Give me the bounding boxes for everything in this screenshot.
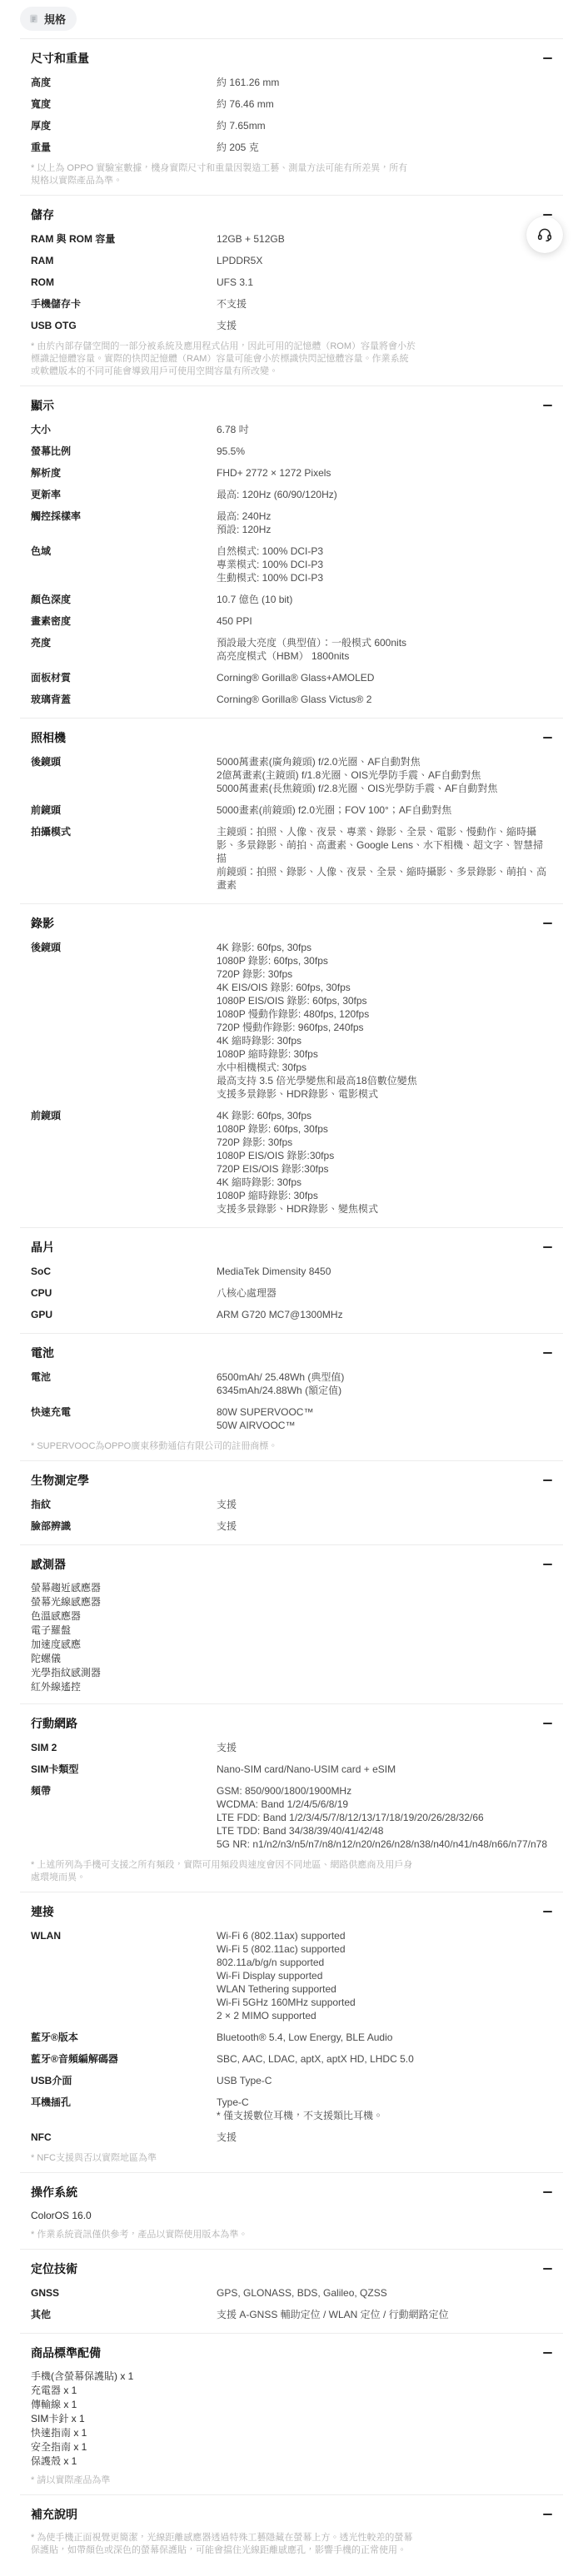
spec-row: 藍牙®音頻編解碼器SBC, AAC, LDAC, aptX, aptX HD, … <box>31 2048 552 2070</box>
spec-label: 螢幕比例 <box>31 445 217 458</box>
spec-label: 手機儲存卡 <box>31 297 217 311</box>
spec-value-line: 生動模式: 100% DCI-P3 <box>217 571 552 584</box>
spec-value-line: Wi-Fi 6 (802.11ax) supported <box>217 1929 552 1942</box>
spec-row: GNSSGPS, GLONASS, BDS, Galileo, QZSS <box>31 2282 552 2304</box>
spec-value-line: 4K 錄影: 60fps, 30fps <box>217 1109 552 1122</box>
spec-value: 支援 <box>217 1498 552 1511</box>
section-header: 照相機 <box>31 719 552 751</box>
spec-label: 重量 <box>31 141 217 154</box>
spec-value: 約 7.65mm <box>217 119 552 132</box>
collapse-minus-icon[interactable] <box>542 2509 552 2519</box>
spec-value: Wi-Fi 6 (802.11ax) supportedWi-Fi 5 (802… <box>217 1929 552 2022</box>
list-item: 加速度感應 <box>31 1638 552 1652</box>
spec-label: 藍牙®音頻編解碼器 <box>31 2052 217 2066</box>
spec-value-line: 預設: 120Hz <box>217 523 552 536</box>
spec-value: 最高: 240Hz預設: 120Hz <box>217 510 552 536</box>
spec-value-line: LPDDR5X <box>217 254 552 267</box>
spec-value-line: 6345mAh/24.88Wh (額定值) <box>217 1384 552 1397</box>
spec-row: 色域自然模式: 100% DCI-P3專業模式: 100% DCI-P3生動模式… <box>31 540 552 589</box>
spec-label: 頻帶 <box>31 1784 217 1798</box>
spec-value-line: 5000萬畫素(長焦鏡頭) f/2.8光圈、OIS光學防手震、AF自動對焦 <box>217 782 552 795</box>
spec-value-line: 約 161.26 mm <box>217 76 552 89</box>
spec-value: 約 205 克 <box>217 141 552 154</box>
spec-value-line: GPS, GLONASS, BDS, Galileo, QZSS <box>217 2286 552 2300</box>
section-header: 生物測定學 <box>31 1461 552 1494</box>
spec-label: 解析度 <box>31 466 217 480</box>
spec-label: RAM 與 ROM 容量 <box>31 232 217 246</box>
spec-row: ROMUFS 3.1 <box>31 271 552 293</box>
section-title: 錄影 <box>31 916 54 931</box>
section-footnote: * 由於內部存儲空間的一部分被系統及應用程式佔用，因此可用的記憶體（ROM）容量… <box>31 341 416 378</box>
spec-value-line: 支援 <box>217 319 552 332</box>
collapse-minus-icon[interactable] <box>542 2348 552 2358</box>
spec-label: ROM <box>31 276 217 289</box>
section-footnote: * 作業系統資訊僅供參考，產品以實際使用版本為準。 <box>31 2229 416 2241</box>
spec-value: 450 PPI <box>217 614 552 628</box>
section-title: 連接 <box>31 1904 54 1919</box>
spec-value-line: UFS 3.1 <box>217 276 552 289</box>
minus-bar <box>543 2191 552 2193</box>
spec-row: 快速充電80W SUPERVOOC™50W AIRVOOC™ <box>31 1401 552 1436</box>
section-title: 行動網路 <box>31 1716 77 1731</box>
section-title: 尺寸和重量 <box>31 51 89 66</box>
spec-row: 寬度約 76.46 mm <box>31 93 552 115</box>
spec-row: USB介面USB Type-C <box>31 2070 552 2091</box>
minus-bar <box>543 1352 552 1354</box>
spec-value-line: 八核心處理器 <box>217 1286 552 1300</box>
spec-row: 後鏡頭4K 錄影: 60fps, 30fps1080P 錄影: 60fps, 3… <box>31 937 552 1105</box>
spec-value: 6.78 吋 <box>217 423 552 436</box>
spec-label: 藍牙®版本 <box>31 2031 217 2044</box>
section-dimensions: 尺寸和重量高度約 161.26 mm寬度約 76.46 mm厚度約 7.65mm… <box>31 38 552 187</box>
spec-value-line: WCDMA: Band 1/2/4/5/6/8/19 <box>217 1798 552 1811</box>
minus-bar <box>543 2268 552 2270</box>
spec-row: 亮度預設最大亮度（典型值）：一般模式 600nits高亮度模式（HBM） 180… <box>31 632 552 667</box>
spec-value-line: 720P 錄影: 30fps <box>217 967 552 981</box>
section-title: 生物測定學 <box>31 1473 89 1488</box>
spec-label: 後鏡頭 <box>31 941 217 954</box>
spec-value: Corning® Gorilla® Glass Victus® 2 <box>217 693 552 706</box>
collapse-minus-icon[interactable] <box>542 1475 552 1485</box>
spec-value: UFS 3.1 <box>217 276 552 289</box>
spec-value-line: 720P 錄影: 30fps <box>217 1136 552 1149</box>
spec-value: 95.5% <box>217 445 552 458</box>
spec-value: 5000萬畫素(廣角鏡頭) f/2.0光圈、AF自動對焦2億萬畫素(主鏡頭) f… <box>217 755 552 795</box>
headset-icon <box>536 226 553 243</box>
section-video: 錄影後鏡頭4K 錄影: 60fps, 30fps1080P 錄影: 60fps,… <box>31 903 552 1220</box>
spec-label: 指紋 <box>31 1498 217 1511</box>
collapse-minus-icon[interactable] <box>542 1348 552 1358</box>
spec-label: 玻璃背蓋 <box>31 693 217 706</box>
spec-label: 耳機插孔 <box>31 2096 217 2109</box>
spec-label: USB OTG <box>31 319 217 332</box>
section-header: 電池 <box>31 1334 552 1366</box>
spec-value: 最高: 120Hz (60/90/120Hz) <box>217 488 552 501</box>
spec-value: 約 76.46 mm <box>217 97 552 111</box>
collapse-minus-icon[interactable] <box>542 1242 552 1252</box>
minus-bar <box>543 405 552 406</box>
spec-label: 前鏡頭 <box>31 1109 217 1122</box>
spec-value-line: 10.7 億色 (10 bit) <box>217 593 552 606</box>
spec-label: 觸控採樣率 <box>31 510 217 523</box>
spec-value-line: FHD+ 2772 × 1272 Pixels <box>217 466 552 480</box>
spec-value-line: Wi-Fi 5 (802.11ac) supported <box>217 1942 552 1956</box>
spec-label: 高度 <box>31 76 217 89</box>
spec-label: 亮度 <box>31 636 217 649</box>
spec-label: 色域 <box>31 545 217 558</box>
spec-value-line: 12GB + 512GB <box>217 232 552 246</box>
spec-value-line: 80W SUPERVOOC™ <box>217 1405 552 1419</box>
spec-row: SIM 2支援 <box>31 1737 552 1758</box>
section-package: 商品標準配備手機(含螢幕保護貼) x 1充電器 x 1傳輸線 x 1SIM卡針 … <box>31 2333 552 2487</box>
spec-value: 約 161.26 mm <box>217 76 552 89</box>
section-footnote: * 為使手機正面視覺更簡潔，光線距離感應器透過特殊工藝隱藏在螢幕上方。透光性較差… <box>31 2532 416 2557</box>
collapse-minus-icon[interactable] <box>542 2264 552 2274</box>
spec-value-line: 1080P 慢動作錄影: 480fps, 120fps <box>217 1007 552 1021</box>
section-header: 商品標準配備 <box>31 2334 552 2366</box>
spec-label: SIM卡類型 <box>31 1763 217 1776</box>
spec-value-line: 720P EIS/OIS 錄影:30fps <box>217 1162 552 1176</box>
minus-bar <box>543 1723 552 1724</box>
minus-bar <box>543 214 552 216</box>
spec-row: 電池6500mAh/ 25.48Wh (典型值)6345mAh/24.88Wh … <box>31 1366 552 1401</box>
spec-row: NFC支援 <box>31 2126 552 2148</box>
section-header: 補充說明 <box>31 2495 552 2528</box>
spec-label: 拍攝模式 <box>31 825 217 838</box>
spec-value-line: Bluetooth® 5.4, Low Energy, BLE Audio <box>217 2031 552 2044</box>
spec-row: 觸控採樣率最高: 240Hz預設: 120Hz <box>31 505 552 540</box>
spec-value-line: 5G NR: n1/n2/n3/n5/n7/n8/n12/n20/n26/n28… <box>217 1838 552 1851</box>
section-header: 顯示 <box>31 386 552 419</box>
spec-row: 玻璃背蓋Corning® Gorilla® Glass Victus® 2 <box>31 689 552 710</box>
customer-service-button[interactable] <box>526 216 563 253</box>
section-battery: 電池電池6500mAh/ 25.48Wh (典型值)6345mAh/24.88W… <box>31 1333 552 1453</box>
spec-label: 前鏡頭 <box>31 803 217 817</box>
spec-row: SIM卡類型Nano-SIM card/Nano-USIM card + eSI… <box>31 1758 552 1780</box>
spec-value: MediaTek Dimensity 8450 <box>217 1265 552 1278</box>
collapse-minus-icon[interactable] <box>542 2187 552 2197</box>
spec-value-line: 支援 <box>217 2131 552 2144</box>
spec-chip-label: 規格 <box>44 11 66 27</box>
spec-value-line: 支援 <box>217 1519 552 1533</box>
spec-value-line: 支援多景錄影、HDR錄影、電影模式 <box>217 1087 552 1101</box>
section-title: 電池 <box>31 1345 54 1360</box>
spec-value-line: 高亮度模式（HBM） 1800nits <box>217 649 552 663</box>
spec-value-line: 720P 慢動作錄影: 960fps, 240fps <box>217 1021 552 1034</box>
section-footnote: * SUPERVOOC為OPPO廣東移動通信有限公司的註冊商標。 <box>31 1440 416 1453</box>
section-notes: 補充說明* 為使手機正面視覺更簡潔，光線距離感應器透過特殊工藝隱藏在螢幕上方。透… <box>31 2494 552 2557</box>
spec-label: 更新率 <box>31 488 217 501</box>
section-storage: 儲存RAM 與 ROM 容量12GB + 512GBRAMLPDDR5XROMU… <box>31 195 552 378</box>
spec-value-line: 5000畫素(前鏡頭) f2.0光圈；FOV 100°；AF自動對焦 <box>217 803 552 817</box>
spec-sections: 尺寸和重量高度約 161.26 mm寬度約 76.46 mm厚度約 7.65mm… <box>31 38 552 2557</box>
spec-label: 大小 <box>31 423 217 436</box>
section-biometrics: 生物測定學指紋支援臉部辨識支援 <box>31 1460 552 1537</box>
spec-value-line: 4K EIS/OIS 錄影: 60fps, 30fps <box>217 981 552 994</box>
spec-value: Type-C* 僅支援數位耳機，不支援類比耳機。 <box>217 2096 552 2122</box>
section-header: 操作系統 <box>31 2173 552 2206</box>
minus-bar <box>543 2514 552 2515</box>
spec-value-line: GSM: 850/900/1800/1900MHz <box>217 1784 552 1798</box>
spec-label: 顏色深度 <box>31 593 217 606</box>
minus-bar <box>543 1911 552 1912</box>
spec-row: 前鏡頭4K 錄影: 60fps, 30fps1080P 錄影: 60fps, 3… <box>31 1105 552 1220</box>
list-item: SIM卡針 x 1 <box>31 2412 552 2426</box>
section-header: 定位技術 <box>31 2250 552 2282</box>
spec-value-line: 支援 <box>217 1741 552 1754</box>
list-item: 色溫感應器 <box>31 1609 552 1624</box>
spec-value-line: 5000萬畫素(廣角鏡頭) f/2.0光圈、AF自動對焦 <box>217 755 552 768</box>
spec-label: SIM 2 <box>31 1741 217 1754</box>
spec-row: 大小6.78 吋 <box>31 419 552 440</box>
spec-label: 臉部辨識 <box>31 1519 217 1533</box>
spec-value-line: 最高: 120Hz (60/90/120Hz) <box>217 488 552 501</box>
minus-bar <box>543 2352 552 2354</box>
spec-value: 10.7 億色 (10 bit) <box>217 593 552 606</box>
spec-value: 支援 A-GNSS 輔助定位 / WLAN 定位 / 行動網路定位 <box>217 2308 552 2321</box>
spec-label: 寬度 <box>31 97 217 111</box>
spec-list: 螢幕趨近感應器螢幕光線感應器色溫感應器電子羅盤加速度感應陀螺儀光學指紋感測器紅外… <box>31 1578 552 1696</box>
spec-icon <box>28 13 39 24</box>
spec-label: 後鏡頭 <box>31 755 217 768</box>
spec-value: 支援 <box>217 1741 552 1754</box>
spec-value-line: ARM G720 MC7@1300MHz <box>217 1308 552 1321</box>
section-title: 感測器 <box>31 1557 66 1572</box>
section-title: 儲存 <box>31 207 54 222</box>
spec-value-line: 不支援 <box>217 297 552 311</box>
spec-value-line: 6.78 吋 <box>217 423 552 436</box>
spec-list: ColorOS 16.0 <box>31 2206 552 2225</box>
minus-bar <box>543 57 552 59</box>
spec-label: 快速充電 <box>31 1405 217 1419</box>
spec-value-line: WLAN Tethering supported <box>217 1982 552 1996</box>
spec-label: 面板材質 <box>31 671 217 684</box>
spec-value-line: 支援多景錄影、HDR錄影、變焦模式 <box>217 1202 552 1216</box>
spec-value-line: 專業模式: 100% DCI-P3 <box>217 558 552 571</box>
spec-value: 支援 <box>217 2131 552 2144</box>
minus-bar <box>543 737 552 738</box>
minus-bar <box>543 1479 552 1481</box>
section-header: 感測器 <box>31 1545 552 1578</box>
section-sensors: 感測器螢幕趨近感應器螢幕光線感應器色溫感應器電子羅盤加速度感應陀螺儀光學指紋感測… <box>31 1544 552 1696</box>
spec-value-line: 約 76.46 mm <box>217 97 552 111</box>
spec-value: 支援 <box>217 1519 552 1533</box>
section-chipset: 晶片SoCMediaTek Dimensity 8450CPU八核心處理器GPU… <box>31 1227 552 1325</box>
spec-value: GPS, GLONASS, BDS, Galileo, QZSS <box>217 2286 552 2300</box>
list-item: 保護殼 x 1 <box>31 2454 552 2469</box>
spec-row: 臉部辨識支援 <box>31 1515 552 1537</box>
section-camera: 照相機後鏡頭5000萬畫素(廣角鏡頭) f/2.0光圈、AF自動對焦2億萬畫素(… <box>31 718 552 896</box>
spec-row: USB OTG支援 <box>31 315 552 336</box>
spec-label: GPU <box>31 1308 217 1321</box>
list-item: 紅外線遙控 <box>31 1680 552 1694</box>
spec-row: 高度約 161.26 mm <box>31 72 552 93</box>
spec-row: 指紋支援 <box>31 1494 552 1515</box>
spec-row: 後鏡頭5000萬畫素(廣角鏡頭) f/2.0光圈、AF自動對焦2億萬畫素(主鏡頭… <box>31 751 552 799</box>
section-title: 補充說明 <box>31 2507 77 2522</box>
spec-value: Corning® Gorilla® Glass+AMOLED <box>217 671 552 684</box>
list-item: 螢幕趨近感應器 <box>31 1581 552 1595</box>
spec-list: 手機(含螢幕保護貼) x 1充電器 x 1傳輸線 x 1SIM卡針 x 1快速指… <box>31 2366 552 2470</box>
spec-value-line: 自然模式: 100% DCI-P3 <box>217 545 552 558</box>
list-item: 電子羅盤 <box>31 1624 552 1638</box>
spec-label: USB介面 <box>31 2074 217 2087</box>
spec-label: 畫素密度 <box>31 614 217 628</box>
list-item: 充電器 x 1 <box>31 2384 552 2398</box>
spec-value: FHD+ 2772 × 1272 Pixels <box>217 466 552 480</box>
list-item: 陀螺儀 <box>31 1652 552 1666</box>
spec-row: GPUARM G720 MC7@1300MHz <box>31 1304 552 1325</box>
section-network: 行動網路SIM 2支援SIM卡類型Nano-SIM card/Nano-USIM… <box>31 1703 552 1884</box>
spec-label: RAM <box>31 254 217 267</box>
spec-value: 4K 錄影: 60fps, 30fps1080P 錄影: 60fps, 30fp… <box>217 1109 552 1216</box>
spec-value: 支援 <box>217 319 552 332</box>
section-header: 尺寸和重量 <box>31 39 552 72</box>
section-footnote: * 請以實際產品為準 <box>31 2474 416 2487</box>
spec-value: 4K 錄影: 60fps, 30fps1080P 錄影: 60fps, 30fp… <box>217 941 552 1101</box>
spec-value-line: 1080P 錄影: 60fps, 30fps <box>217 1122 552 1136</box>
spec-value-line: LTE FDD: Band 1/2/3/4/5/7/8/12/13/17/18/… <box>217 1811 552 1824</box>
spec-row: 顏色深度10.7 億色 (10 bit) <box>31 589 552 610</box>
spec-value-line: 水中相機模式: 30fps <box>217 1061 552 1074</box>
section-header: 行動網路 <box>31 1704 552 1737</box>
spec-label: CPU <box>31 1286 217 1300</box>
spec-value-line: 1080P 縮時錄影: 30fps <box>217 1189 552 1202</box>
spec-row: 更新率最高: 120Hz (60/90/120Hz) <box>31 484 552 505</box>
spec-value-line: 4K 縮時錄影: 30fps <box>217 1176 552 1189</box>
spec-row: RAMLPDDR5X <box>31 250 552 271</box>
section-footnote: * NFC支援與否以實際地區為準 <box>31 2152 416 2165</box>
spec-value: SBC, AAC, LDAC, aptX, aptX HD, LHDC 5.0 <box>217 2052 552 2066</box>
list-item: 手機(含螢幕保護貼) x 1 <box>31 2370 552 2384</box>
spec-value-line: USB Type-C <box>217 2074 552 2087</box>
spec-value: LPDDR5X <box>217 254 552 267</box>
spec-value-line: 802.11a/b/g/n supported <box>217 1956 552 1969</box>
spec-row: 螢幕比例95.5% <box>31 440 552 462</box>
list-item: ColorOS 16.0 <box>31 2209 552 2223</box>
spec-value-line: 2億萬畫素(主鏡頭) f/1.8光圈、OIS光學防手震、AF自動對焦 <box>217 768 552 782</box>
spec-value: 6500mAh/ 25.48Wh (典型值)6345mAh/24.88Wh (額… <box>217 1370 552 1397</box>
list-item: 快速指南 x 1 <box>31 2426 552 2440</box>
spec-value-line: MediaTek Dimensity 8450 <box>217 1265 552 1278</box>
spec-value-line: 1080P 縮時錄影: 30fps <box>217 1047 552 1061</box>
section-title: 顯示 <box>31 398 54 413</box>
spec-value-line: 支援 A-GNSS 輔助定位 / WLAN 定位 / 行動網路定位 <box>217 2308 552 2321</box>
collapse-minus-icon[interactable] <box>542 1559 552 1569</box>
spec-value-line: 1080P EIS/OIS 錄影:30fps <box>217 1149 552 1162</box>
spec-value-line: Nano-SIM card/Nano-USIM card + eSIM <box>217 1763 552 1776</box>
spec-value-line: SBC, AAC, LDAC, aptX, aptX HD, LHDC 5.0 <box>217 2052 552 2066</box>
spec-value-line: 最高: 240Hz <box>217 510 552 523</box>
spec-value-line: 約 205 克 <box>217 141 552 154</box>
spec-label: GNSS <box>31 2286 217 2300</box>
section-header: 錄影 <box>31 904 552 937</box>
spec-row: 拍攝模式主鏡頭：拍照、人像、夜景、專業、錄影、全景、電影、慢動作、縮時攝影、多景… <box>31 821 552 896</box>
spec-value-line: 2 × 2 MIMO supported <box>217 2009 552 2022</box>
spec-label: 其他 <box>31 2308 217 2321</box>
section-display: 顯示大小6.78 吋螢幕比例95.5%解析度FHD+ 2772 × 1272 P… <box>31 385 552 710</box>
spec-row: 耳機插孔Type-C* 僅支援數位耳機，不支援類比耳機。 <box>31 2091 552 2126</box>
spec-row: 藍牙®版本Bluetooth® 5.4, Low Energy, BLE Aud… <box>31 2026 552 2048</box>
section-header: 晶片 <box>31 1228 552 1261</box>
minus-bar <box>543 1564 552 1565</box>
spec-page: 規格 尺寸和重量高度約 161.26 mm寬度約 76.46 mm厚度約 7.6… <box>0 0 583 2576</box>
spec-value-line: 4K 錄影: 60fps, 30fps <box>217 941 552 954</box>
spec-value-line: * 僅支援數位耳機，不支援類比耳機。 <box>217 2109 552 2122</box>
spec-row: 手機儲存卡不支援 <box>31 293 552 315</box>
spec-label: NFC <box>31 2131 217 2144</box>
spec-value-line: 前鏡頭：拍照、錄影、人像、夜景、全景、縮時攝影、多景錄影、萌拍、高畫素 <box>217 865 552 892</box>
spec-value: 12GB + 512GB <box>217 232 552 246</box>
spec-row: 畫素密度450 PPI <box>31 610 552 632</box>
collapse-minus-icon[interactable] <box>542 918 552 928</box>
spec-label: SoC <box>31 1265 217 1278</box>
spec-value: GSM: 850/900/1800/1900MHzWCDMA: Band 1/2… <box>217 1784 552 1851</box>
spec-value-line: Corning® Gorilla® Glass+AMOLED <box>217 671 552 684</box>
spec-value-line: 主鏡頭：拍照、人像、夜景、專業、錄影、全景、電影、慢動作、縮時攝影、多景錄影、萌… <box>217 825 552 865</box>
section-footnote: * 上述所列為手機可支援之所有頻段，實際可用頻段與速度會因不同地區、網路供應商及… <box>31 1859 416 1884</box>
spec-value-line: 6500mAh/ 25.48Wh (典型值) <box>217 1370 552 1384</box>
spec-value-line: LTE TDD: Band 34/38/39/40/41/42/48 <box>217 1824 552 1838</box>
section-connectivity: 連接WLANWi-Fi 6 (802.11ax) supportedWi-Fi … <box>31 1892 552 2165</box>
minus-bar <box>543 1246 552 1248</box>
spec-row: 前鏡頭5000畫素(前鏡頭) f2.0光圈；FOV 100°；AF自動對焦 <box>31 799 552 821</box>
spec-value-line: 95.5% <box>217 445 552 458</box>
list-item: 光學指紋感測器 <box>31 1666 552 1680</box>
spec-row: 頻帶GSM: 850/900/1800/1900MHzWCDMA: Band 1… <box>31 1780 552 1855</box>
collapse-minus-icon[interactable] <box>542 53 552 63</box>
spec-chip[interactable]: 規格 <box>20 7 77 31</box>
spec-value-line: 50W AIRVOOC™ <box>217 1419 552 1432</box>
spec-row: 面板材質Corning® Gorilla® Glass+AMOLED <box>31 667 552 689</box>
section-title: 操作系統 <box>31 2185 77 2200</box>
collapse-minus-icon[interactable] <box>542 733 552 743</box>
spec-label: 厚度 <box>31 119 217 132</box>
spec-row: 解析度FHD+ 2772 × 1272 Pixels <box>31 462 552 484</box>
spec-value: 不支援 <box>217 297 552 311</box>
section-title: 晶片 <box>31 1240 54 1255</box>
spec-value-line: 1080P EIS/OIS 錄影: 60fps, 30fps <box>217 994 552 1007</box>
spec-row: 厚度約 7.65mm <box>31 115 552 137</box>
spec-value: 5000畫素(前鏡頭) f2.0光圈；FOV 100°；AF自動對焦 <box>217 803 552 817</box>
spec-row: CPU八核心處理器 <box>31 1282 552 1304</box>
list-item: 安全指南 x 1 <box>31 2440 552 2454</box>
spec-value-line: 支援 <box>217 1498 552 1511</box>
section-footnote: * 以上為 OPPO 實驗室數據，機身實際尺寸和重量因製造工藝、測量方法可能有所… <box>31 162 416 187</box>
section-positioning: 定位技術GNSSGPS, GLONASS, BDS, Galileo, QZSS… <box>31 2249 552 2325</box>
spec-value: 八核心處理器 <box>217 1286 552 1300</box>
spec-value: 80W SUPERVOOC™50W AIRVOOC™ <box>217 1405 552 1432</box>
collapse-minus-icon[interactable] <box>542 1907 552 1917</box>
spec-row: SoCMediaTek Dimensity 8450 <box>31 1261 552 1282</box>
collapse-minus-icon[interactable] <box>542 400 552 410</box>
spec-value-line: 4K 縮時錄影: 30fps <box>217 1034 552 1047</box>
spec-value-line: 450 PPI <box>217 614 552 628</box>
spec-value-line: Corning® Gorilla® Glass Victus® 2 <box>217 693 552 706</box>
spec-label: WLAN <box>31 1929 217 1942</box>
spec-value: 自然模式: 100% DCI-P3專業模式: 100% DCI-P3生動模式: … <box>217 545 552 584</box>
section-title: 商品標準配備 <box>31 2345 101 2360</box>
collapse-minus-icon[interactable] <box>542 1718 552 1728</box>
spec-value-line: 約 7.65mm <box>217 119 552 132</box>
section-os: 操作系統ColorOS 16.0* 作業系統資訊僅供參考，產品以實際使用版本為準… <box>31 2172 552 2241</box>
spec-value-line: 最高支持 3.5 倍光學變焦和最高18倍數位變焦 <box>217 1074 552 1087</box>
spec-value-line: Wi-Fi 5GHz 160MHz supported <box>217 1996 552 2009</box>
list-item: 螢幕光線感應器 <box>31 1595 552 1609</box>
list-item: 傳輸線 x 1 <box>31 2398 552 2412</box>
spec-value: Nano-SIM card/Nano-USIM card + eSIM <box>217 1763 552 1776</box>
spec-value-line: 預設最大亮度（典型值）：一般模式 600nits <box>217 636 552 649</box>
